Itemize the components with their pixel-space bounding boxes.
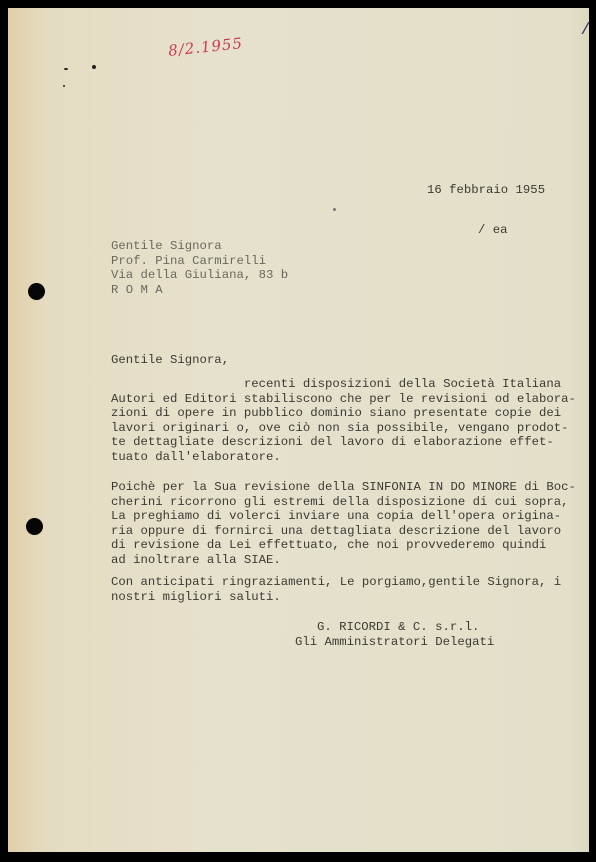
- text-line: lavori originari o, ove ciò non sia poss…: [111, 421, 569, 435]
- recipient-name: Prof. Pina Carmirelli: [111, 254, 266, 268]
- recipient-address: Gentile Signora Prof. Pina Carmirelli Vi…: [111, 239, 288, 297]
- text-line: te dettagliate descrizioni del lavoro di…: [111, 435, 554, 449]
- ink-speck: [92, 65, 96, 69]
- signature-company: G. RICORDI & C. s.r.l.: [317, 620, 479, 635]
- body-paragraph-1: recenti disposizioni della Società Itali…: [111, 377, 576, 465]
- signature-title: Gli Amministratori Delegati: [295, 635, 494, 650]
- ink-speck: [64, 68, 68, 70]
- text-line: cherini ricorrono gli estremi della disp…: [111, 495, 569, 509]
- handwritten-date-annotation: 8/2.1955: [167, 34, 244, 60]
- recipient-street: Via della Giuliana, 83 b: [111, 268, 288, 282]
- salutation: Gentile Signora,: [111, 353, 229, 368]
- text-line: Autori ed Editori stabiliscono che per l…: [111, 392, 576, 406]
- check-mark-icon: /: [581, 18, 590, 38]
- punch-hole: [28, 283, 45, 300]
- text-line: La preghiamo di volerci inviare una copi…: [111, 509, 561, 523]
- punch-hole: [26, 518, 43, 535]
- ink-speck: [63, 85, 65, 87]
- text-line: zioni di opere in pubblico dominio siano…: [111, 406, 561, 420]
- reference-code: / ea: [478, 223, 508, 238]
- letter-page: 8/2.1955 / 16 febbraio 1955 / ea Gentile…: [8, 8, 589, 852]
- text-line: tuato dall'elaboratore.: [111, 450, 281, 464]
- ink-speck: [333, 208, 336, 211]
- text-line: recenti disposizioni della Società Itali…: [111, 377, 561, 391]
- text-line: di revisione da Lei effettuato, che noi …: [111, 538, 546, 552]
- text-line: nostri migliori saluti.: [111, 590, 281, 604]
- recipient-city: R O M A: [111, 283, 163, 297]
- closing-paragraph: Con anticipati ringraziamenti, Le porgia…: [111, 575, 561, 604]
- text-line: ria oppure di fornirci una dettagliata d…: [111, 524, 561, 538]
- body-paragraph-2: Poichè per la Sua revisione della SINFON…: [111, 480, 576, 568]
- letter-date: 16 febbraio 1955: [427, 183, 545, 198]
- text-line: Poichè per la Sua revisione della SINFON…: [111, 480, 576, 494]
- recipient-line: Gentile Signora: [111, 239, 222, 253]
- text-line: ad inoltrare alla SIAE.: [111, 553, 281, 567]
- text-line: Con anticipati ringraziamenti, Le porgia…: [111, 575, 561, 589]
